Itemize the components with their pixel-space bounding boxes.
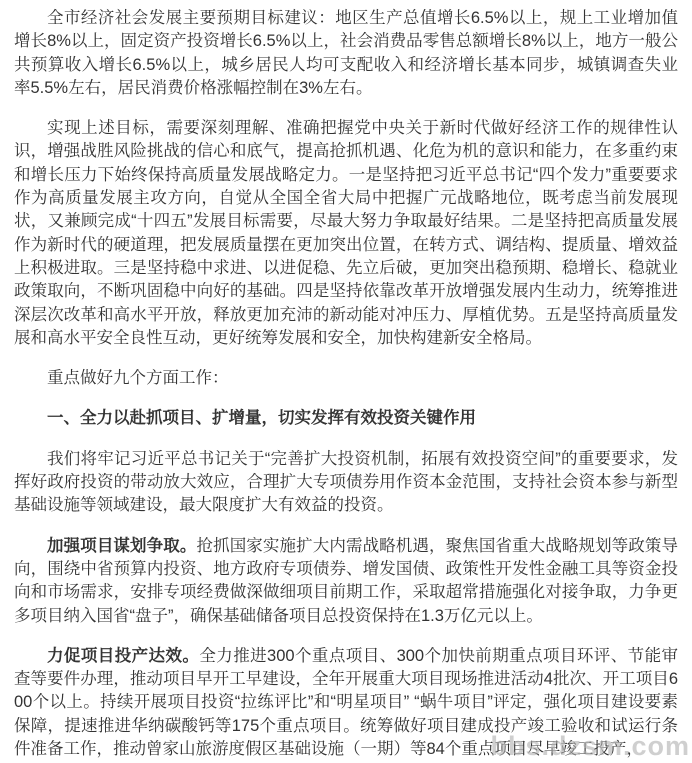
- paragraph-investment: 我们将牢记习近平总书记关于“完善扩大投资机制，拓展有效投资空间”的重要要求，发挥…: [14, 448, 678, 518]
- document-page: 全市经济社会发展主要预期目标建议：地区生产总值增长6.5%以上，规上工业增加值增…: [0, 0, 692, 763]
- paragraph-project-delivery: 力促项目投产达效。全力推进300个重点项目、300个加快前期重点项目环评、节能审…: [14, 645, 678, 761]
- paragraph-text: 全市经济社会发展主要预期目标建议：地区生产总值增长6.5%以上，规上工业增加值增…: [14, 9, 678, 97]
- heading-text: 一、全力以赴抓项目、扩增量，切实发挥有效投资关键作用: [47, 409, 476, 427]
- paragraph-lead: 加强项目谋划争取。: [47, 537, 196, 555]
- paragraph-nine-tasks-intro: 重点做好九个方面工作：: [14, 367, 678, 390]
- paragraph-targets: 全市经济社会发展主要预期目标建议：地区生产总值增长6.5%以上，规上工业增加值增…: [14, 7, 678, 100]
- paragraph-text: 我们将牢记习近平总书记关于“完善扩大投资机制，拓展有效投资空间”的重要要求，发挥…: [14, 450, 678, 515]
- section-heading-1: 一、全力以赴抓项目、扩增量，切实发挥有效投资关键作用: [14, 407, 678, 430]
- paragraph-lead: 力促项目投产达效。: [47, 647, 199, 665]
- paragraph-text: 重点做好九个方面工作：: [47, 369, 229, 387]
- paragraph-principles: 实现上述目标，需要深刻理解、准确把握党中央关于新时代做好经济工作的规律性认识，增…: [14, 117, 678, 350]
- paragraph-text: 实现上述目标，需要深刻理解、准确把握党中央关于新时代做好经济工作的规律性认识，增…: [14, 119, 678, 347]
- paragraph-project-planning: 加强项目谋划争取。抢抓国家实施扩大内需战略机遇，聚焦国省重大战略规划等政策导向，…: [14, 535, 678, 628]
